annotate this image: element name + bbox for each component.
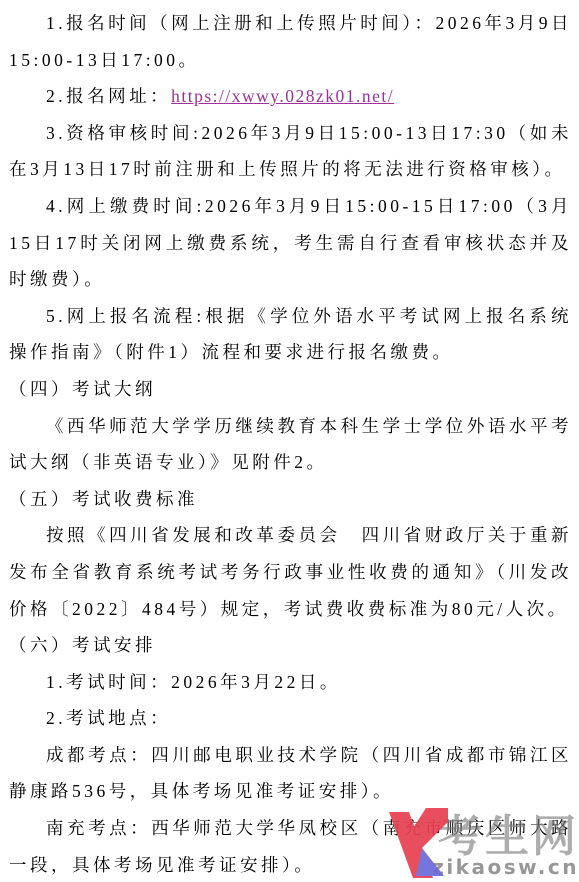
paragraph-exam-date: 1.考试时间：2026年3月22日。 — [9, 664, 572, 701]
paragraph-fee-detail: 按照《四川省发展和改革委员会 四川省财政厅关于重新发布全省教育系统考试考务行政事… — [9, 517, 572, 627]
paragraph-payment-time: 4.网上缴费时间:2026年3月9日15:00-15日17:00（3月15日17… — [9, 188, 572, 298]
paragraph-exam-locations: 2.考试地点： — [9, 700, 572, 737]
paragraph-registration-flow: 5.网上报名流程:根据《学位外语水平考试网上报名系统操作指南》（附件1）流程和要… — [9, 298, 572, 371]
paragraph-registration-time: 1.报名时间（网上注册和上传照片时间）：2026年3月9日15:00-13日17… — [9, 5, 572, 78]
paragraph-chengdu-site: 成都考点：四川邮电职业技术学院（四川省成都市锦江区静康路536号，具体考场见准考… — [9, 737, 572, 810]
registration-url-label: 2.报名网址： — [46, 86, 171, 106]
section-heading-exam-schedule: （六）考试安排 — [9, 627, 572, 664]
document-body: 1.报名时间（网上注册和上传照片时间）：2026年3月9日15:00-13日17… — [0, 0, 579, 882]
paragraph-nanchong-site: 南充考点：西华师范大学华凤校区（南充市顺庆区师大路一段，具体考场见准考证安排）。 — [9, 810, 572, 882]
document-page: 1.报名时间（网上注册和上传照片时间）：2026年3月9日15:00-13日17… — [0, 0, 579, 882]
section-heading-exam-fee: （五）考试收费标准 — [9, 481, 572, 518]
paragraph-syllabus-detail: 《西华师范大学学历继续教育本科生学士学位外语水平考试大纲（非英语专业）》见附件2… — [9, 408, 572, 481]
registration-url-link[interactable]: https://xwwy.028zk01.net/ — [171, 86, 394, 106]
paragraph-registration-url: 2.报名网址：https://xwwy.028zk01.net/ — [9, 78, 572, 115]
paragraph-review-time: 3.资格审核时间:2026年3月9日15:00-13日17:30（如未在3月13… — [9, 115, 572, 188]
section-heading-exam-syllabus: （四）考试大纲 — [9, 371, 572, 408]
